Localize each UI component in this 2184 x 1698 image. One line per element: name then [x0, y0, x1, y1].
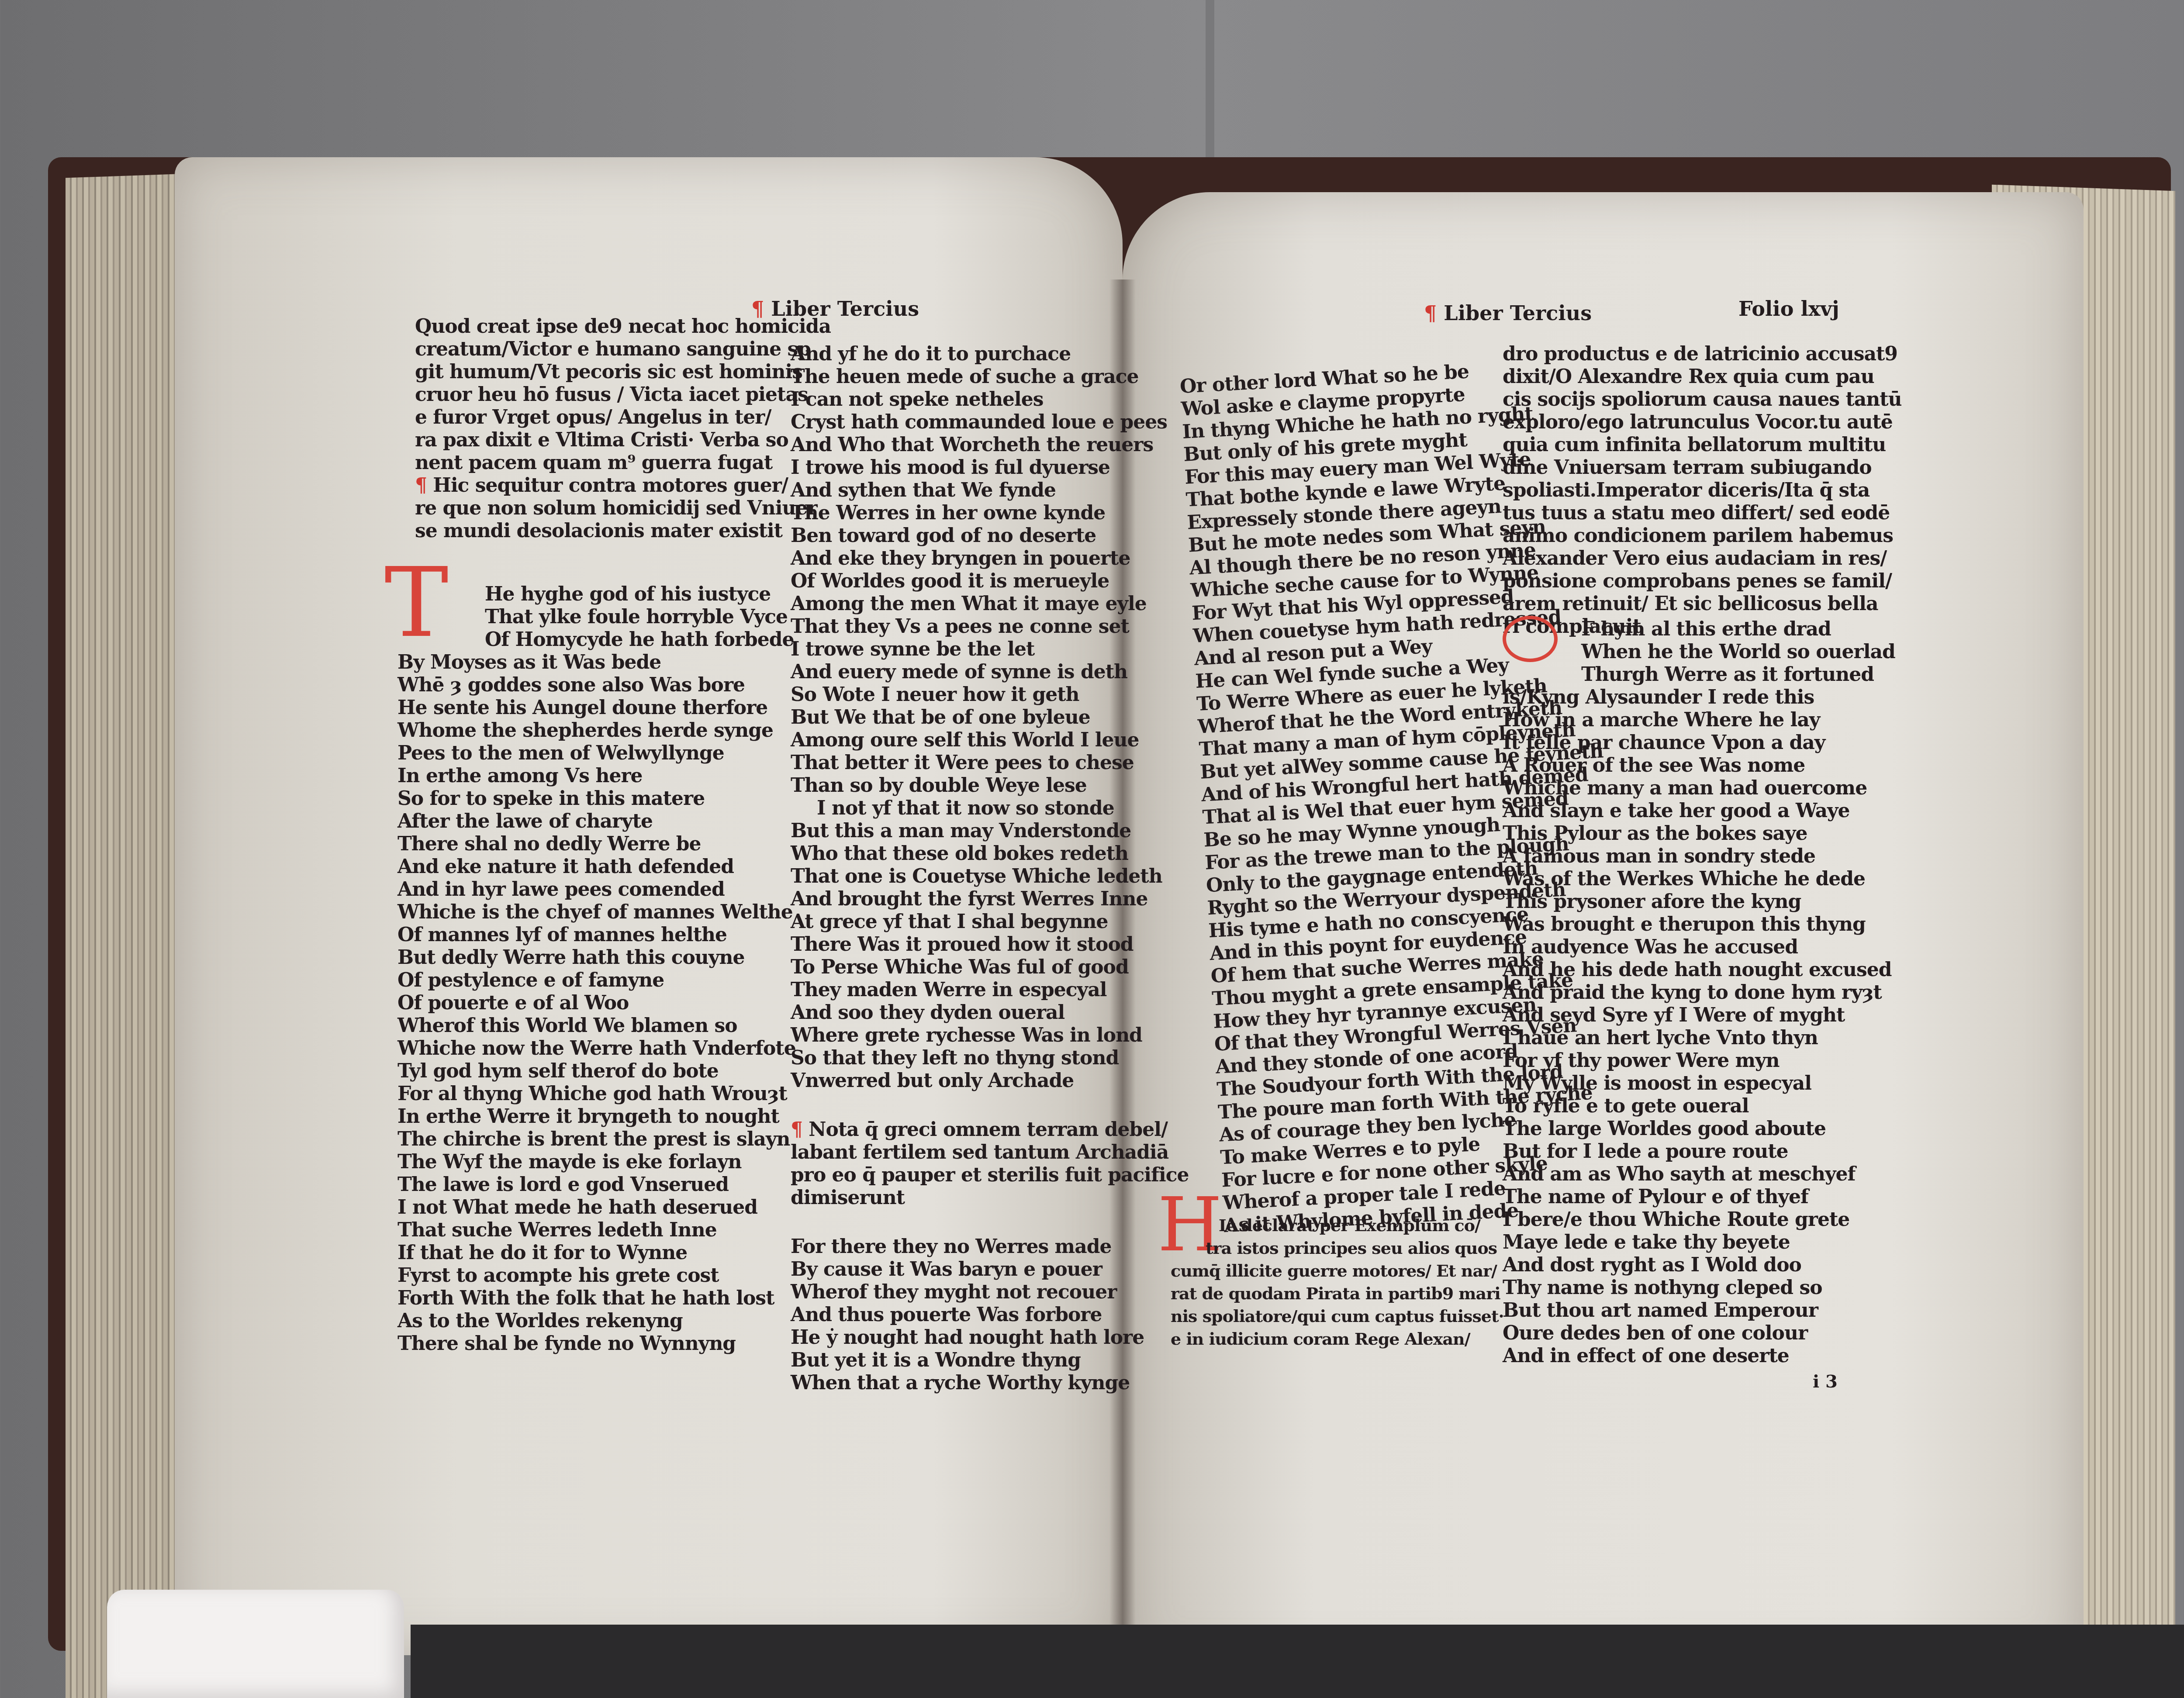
- verse-line: Whiche many a man had ouercome: [1503, 777, 1895, 800]
- text-line: re que non solum homicidij sed Vniuer: [415, 497, 831, 520]
- text-line: tus tuus a statu meo differt/ sed eodē: [1503, 502, 1902, 525]
- verse-line: He sente his Aungel doune therfore: [397, 697, 796, 719]
- verse-line: Of pouerte e of al Woo: [397, 992, 796, 1015]
- verse-line: But We that be of one byleue: [791, 706, 1189, 729]
- text-line: spoliasti.Imperator diceris/Ita q̄ sta: [1503, 479, 1902, 502]
- verse-line: But dedly Werre hath this couyne: [397, 946, 796, 969]
- verse-line: By cause it Was baryn e pouer: [791, 1258, 1189, 1281]
- verse-line: There shal no dedly Werre be: [397, 833, 796, 856]
- verse-line: For yf thy power Were myn: [1503, 1049, 1895, 1072]
- verse-line: Of Homycyde he hath forbede: [397, 628, 796, 651]
- text-line: cruor heu hō fusus / Victa iacet pietas: [415, 383, 831, 406]
- left-col1-latin-block: Quod creat ipse de9 necat hoc homicida c…: [415, 315, 831, 542]
- verse-line: So Wote I neuer how it geth: [791, 683, 1189, 706]
- verse-line: That better it Were pees to chese: [791, 752, 1189, 774]
- text-line: dine Vniuersam terram subiugando: [1503, 456, 1902, 479]
- text-line: rat de quodam Pirata in partib9 mari: [1171, 1282, 1504, 1305]
- rubric-note-line: ¶ Nota q̄ greci omnem terram debel/: [791, 1118, 1189, 1141]
- verse-line: Fyrst to acompte his grete cost: [397, 1264, 796, 1287]
- verse-line: is/Kyng Alysaunder I rede this: [1503, 686, 1895, 709]
- verse-line: How in a marche Where he lay: [1503, 709, 1895, 732]
- verse-line: That one is Couetyse Whiche ledeth: [791, 865, 1189, 888]
- verse-line: The heuen mede of suche a grace: [791, 366, 1189, 388]
- verse-line: And slayn e take her good a Waye: [1503, 800, 1895, 822]
- verse-line: If that he do it for to Wynne: [397, 1242, 796, 1264]
- verse-line: And soo they dyden oueral: [791, 1001, 1189, 1024]
- verse-line: And thus pouerte Was forbore: [791, 1304, 1189, 1326]
- verse-line: After the lawe of charyte: [397, 810, 796, 833]
- verse-line: And am as Who sayth at meschyef: [1503, 1163, 1895, 1186]
- text-line: dixit/O Alexandre Rex quia cum pau: [1503, 366, 1902, 388]
- verse-line: My Wylle is moost in especyal: [1503, 1072, 1895, 1095]
- text-line: cumq̄ illicite guerre motores/ Et nar/: [1171, 1260, 1504, 1282]
- text-line: cis socijs spoliorum causa naues tantū: [1503, 388, 1902, 411]
- verse-line: Wherof they myght not recouer: [791, 1281, 1189, 1304]
- verse-line: For al thyng Whiche god hath Wrouȝt: [397, 1083, 796, 1105]
- verse-line: I can not speke netheles: [791, 388, 1189, 411]
- verse-line: I trowe his mood is ful dyuerse: [791, 456, 1189, 479]
- verse-line: F hym al this erthe drad: [1503, 618, 1895, 641]
- verse-line: Among the men What it maye eyle: [791, 593, 1189, 615]
- text-line: arem retinuit/ Et sic bellicosus bella: [1503, 593, 1902, 615]
- right-col1-latin-block: Ic declarat per Exemplum cō/ tra istos p…: [1171, 1214, 1504, 1350]
- verse-line: Thurgh Werre as it fortuned: [1503, 663, 1895, 686]
- running-head-title: Liber Tercius: [1444, 301, 1592, 325]
- text-line: Quod creat ipse de9 necat hoc homicida: [415, 315, 831, 338]
- verse-line: And in effect of one deserte: [1503, 1345, 1895, 1367]
- verse-line: Of mannes lyf of mannes helthe: [397, 924, 796, 946]
- right-col2-verse: F hym al this erthe drad When he the Wor…: [1503, 618, 1895, 1367]
- text-line: nent pacem quam m⁹ guerra fugat: [415, 452, 831, 474]
- text-line: quia cum infinita bellatorum multitu: [1503, 434, 1902, 456]
- right-running-head: ¶ Liber Tercius: [1424, 301, 1592, 325]
- verse-line: And euery mede of synne is deth: [791, 661, 1189, 683]
- verse-line: Pees to the men of Welwyllynge: [397, 742, 796, 765]
- verse-line: When that a ryche Worthy kynge: [791, 1372, 1189, 1394]
- verse-line: This Pylour as the bokes saye: [1503, 822, 1895, 845]
- verse-line: I trowe synne be the let: [791, 638, 1189, 661]
- right-col2-latin-block: dro productus e de latricinio accusat9 d…: [1503, 343, 1902, 638]
- text-line: dimiserunt: [791, 1187, 1189, 1209]
- verse-line: But for I lede a poure route: [1503, 1140, 1895, 1163]
- text-line: e in iudicium coram Rege Alexan/: [1171, 1328, 1504, 1350]
- verse-line: The Wyf the mayde is eke forlayn: [397, 1151, 796, 1173]
- verse-line: Whiche now the Werre hath Vnderfote: [397, 1037, 796, 1060]
- verse-line: And he his dede hath nought excused: [1503, 959, 1895, 981]
- verse-line: It felle par chaunce Vpon a day: [1503, 732, 1895, 754]
- signature-mark: i 3: [1813, 1371, 1838, 1392]
- left-col1-verse: He hyghe god of his iustyce That ylke fo…: [397, 583, 796, 1355]
- verse-line: Forth With the folk that he hath lost: [397, 1287, 796, 1310]
- verse-line: But yet it is a Wondre thyng: [791, 1349, 1189, 1372]
- verse-line: I haue an hert lyche Vnto thyn: [1503, 1027, 1895, 1049]
- verse-line: He hyghe god of his iustyce: [397, 583, 796, 606]
- verse-line: I not What mede he hath deserued: [397, 1196, 796, 1219]
- verse-line: I not yf that it now so stonde: [791, 797, 1189, 820]
- text-line: animo condicionem parilem habemus: [1503, 525, 1902, 547]
- verse-line: Was of the Werkes Whiche he dede: [1503, 868, 1895, 890]
- verse-line: Among oure self this World I leue: [791, 729, 1189, 752]
- verse-line: And brought the fyrst Werres Inne: [791, 888, 1189, 911]
- verse-line: At grece yf that I shal begynne: [791, 911, 1189, 933]
- text-line: Nota q̄ greci omnem terram debel/: [809, 1118, 1168, 1141]
- verse-line: The lawe is lord e god Vnserued: [397, 1173, 796, 1196]
- verse-line: But thou art named Emperour: [1503, 1299, 1895, 1322]
- verse-line: In audyence Was he accused: [1503, 936, 1895, 959]
- text-line: Alexander Vero eius audaciam in res/: [1503, 547, 1902, 570]
- text-line: pro eo q̄ pauper et sterilis fuit pacifi…: [791, 1164, 1189, 1187]
- verse-line: They maden Werre in especyal: [791, 979, 1189, 1001]
- spacer: [791, 1209, 1189, 1236]
- text-line: exploro/ego latrunculus Vocor.tu autē: [1503, 411, 1902, 434]
- text-line: se mundi desolacionis mater existit: [415, 520, 831, 542]
- verse-line: And dost ryght as I Wold doo: [1503, 1254, 1895, 1277]
- verse-line: And eke they bryngen in pouerte: [791, 547, 1189, 570]
- verse-line: The name of Pylour e of thyef: [1503, 1186, 1895, 1208]
- text-line: e furor Vrget opus/ Angelus in ter/: [415, 406, 831, 429]
- verse-line: In erthe among Vs here: [397, 765, 796, 787]
- verse-line: And seyd Syre yf I Were of myght: [1503, 1004, 1895, 1027]
- verse-line: That suche Werres ledeth Inne: [397, 1219, 796, 1242]
- verse-line: And yf he do it to purchace: [791, 343, 1189, 366]
- verse-line: In erthe Werre it bryngeth to nought: [397, 1105, 796, 1128]
- verse-line: Where grete rychesse Was in lond: [791, 1024, 1189, 1047]
- text-line: ponsione comprobans penes se famil/: [1503, 570, 1902, 593]
- pilcrow-mark: ¶: [1424, 301, 1437, 325]
- verse-line: Thy name is nothyng cleped so: [1503, 1277, 1895, 1299]
- verse-line: I bere/e thou Whiche Route grete: [1503, 1208, 1895, 1231]
- text-line: nis spoliatore/qui cum captus fuisset·: [1171, 1305, 1504, 1328]
- verse-line: But this a man may Vnderstonde: [791, 820, 1189, 842]
- verse-line: And praid the kyng to done hym ryȝt: [1503, 981, 1895, 1004]
- verse-line: When he the World so ouerlad: [1503, 641, 1895, 663]
- verse-line: This prysoner afore the kyng: [1503, 890, 1895, 913]
- verse-line: And in hyr lawe pees comended: [397, 878, 796, 901]
- verse-line: Than so by double Weye lese: [791, 774, 1189, 797]
- verse-line: And sythen that We fynde: [791, 479, 1189, 502]
- verse-line: That they Vs a pees ne conne set: [791, 615, 1189, 638]
- verse-line: There Was it proued how it stood: [791, 933, 1189, 956]
- verse-line: Was brought e therupon this thyng: [1503, 913, 1895, 936]
- text-line: git humum/Vt pecoris sic est hominis: [415, 361, 831, 383]
- verse-line: So that they left no thyng stond: [791, 1047, 1189, 1070]
- verse-line: To Perse Whiche Was ful of good: [791, 956, 1189, 979]
- verse-line: Vnwerred but only Archade: [791, 1070, 1189, 1092]
- verse-line: And Who that Worcheth the reuers: [791, 434, 1189, 456]
- pilcrow-mark: ¶: [415, 474, 427, 497]
- text-line: creatum/Victor e humano sanguine sp: [415, 338, 831, 361]
- spacer: [791, 1092, 1189, 1118]
- folio-number: Folio lxvj: [1738, 297, 1839, 321]
- verse-line: Who that these old bokes redeth: [791, 842, 1189, 865]
- verse-line: A Rouer of the see Was nome: [1503, 754, 1895, 777]
- verse-line: Oure dedes ben of one colour: [1503, 1322, 1895, 1345]
- verse-line: As to the Worldes rekenyng: [397, 1310, 796, 1332]
- verse-line: The chirche is brent the prest is slayn: [397, 1128, 796, 1151]
- verse-line: Ben toward god of no deserte: [791, 525, 1189, 547]
- verse-line: Of pestylence e of famyne: [397, 969, 796, 992]
- verse-line: Cryst hath commaunded loue e pees: [791, 411, 1189, 434]
- rubric-note-line: ¶ Hic sequitur contra motores guer/: [415, 474, 831, 497]
- text-line: Hic sequitur contra motores guer/: [433, 474, 788, 497]
- verse-line: There shal be fynde no Wynnyng: [397, 1332, 796, 1355]
- verse-line: Tyl god hym self therof do bote: [397, 1060, 796, 1083]
- white-book-weight: [107, 1590, 404, 1698]
- verse-line: Maye lede e take thy beyete: [1503, 1231, 1895, 1254]
- verse-line: The large Worldes good aboute: [1503, 1118, 1895, 1140]
- verse-line: He ẏ nought had nought hath lore: [791, 1326, 1189, 1349]
- verse-line: Whē ȝ goddes sone also Was bore: [397, 674, 796, 697]
- text-line: Ic declarat per Exemplum cō/: [1171, 1214, 1504, 1237]
- text-line: tra istos principes seu alios quos: [1171, 1237, 1504, 1260]
- verse-line: The Werres in her owne kynde: [791, 502, 1189, 525]
- text-line: dro productus e de latricinio accusat9: [1503, 343, 1902, 366]
- left-col2-verse: And yf he do it to purchace The heuen me…: [791, 343, 1189, 1394]
- verse-line: A famous man in sondry stede: [1503, 845, 1895, 868]
- verse-line: To ryfle e to gete oueral: [1503, 1095, 1895, 1118]
- verse-line: For there they no Werres made: [791, 1236, 1189, 1258]
- pilcrow-mark: ¶: [791, 1118, 802, 1141]
- verse-line: That ylke foule horryble Vyce: [397, 606, 796, 628]
- verse-line: Whiche is the chyef of mannes Welthe: [397, 901, 796, 924]
- verse-line: Whome the shepherdes herde synge: [397, 719, 796, 742]
- text-line: ra pax dixit e Vltima Cristi· Verba so: [415, 429, 831, 452]
- text-line: labant fertilem sed tantum Archadiā: [791, 1141, 1189, 1164]
- verse-line: Of Worldes good it is merueyle: [791, 570, 1189, 593]
- verse-line: So for to speke in this matere: [397, 787, 796, 810]
- verse-line: Wherof this World We blamen so: [397, 1015, 796, 1037]
- verse-line: By Moyses as it Was bede: [397, 651, 796, 674]
- display-stand-base: [411, 1625, 2184, 1698]
- verse-line: And eke nature it hath defended: [397, 856, 796, 878]
